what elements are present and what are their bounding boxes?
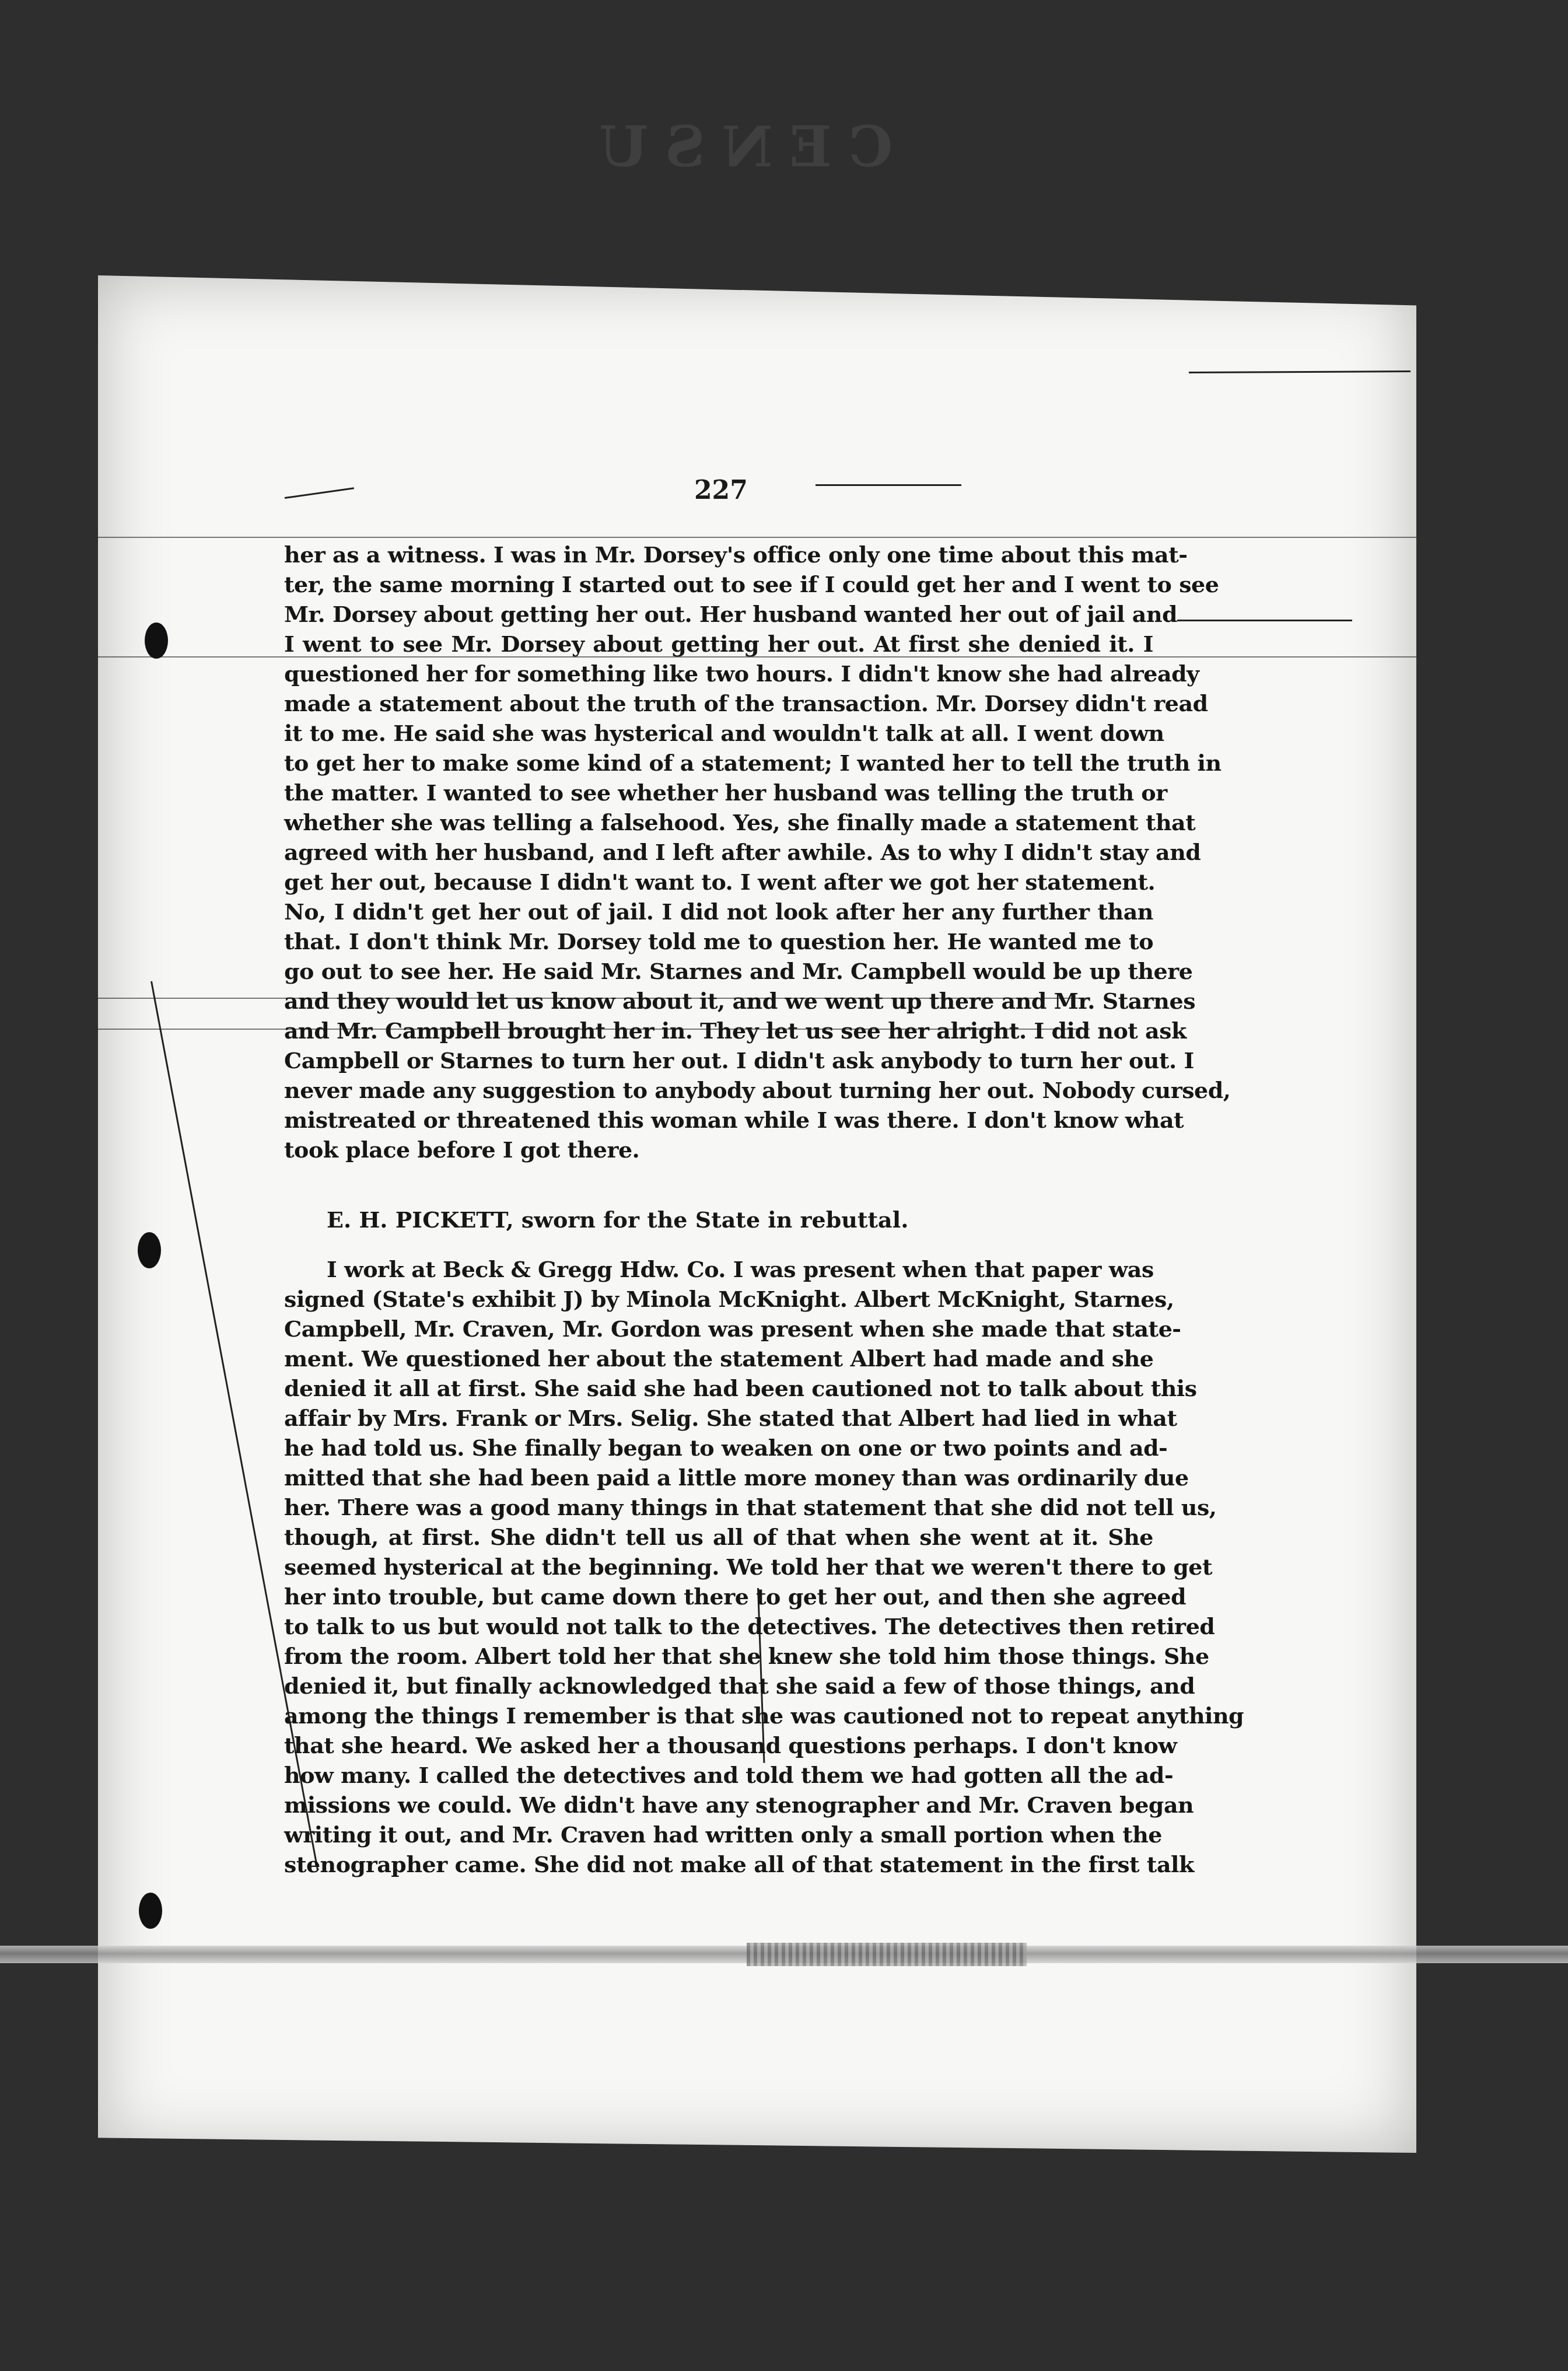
text-line: Campbell or Starnes to turn her out. I d… xyxy=(284,1045,1153,1075)
text-line: and Mr. Campbell brought her in. They le… xyxy=(284,1016,1153,1045)
page-number: 227 xyxy=(694,475,748,505)
text-line: he had told us. She finally began to wea… xyxy=(284,1433,1153,1463)
text-line: her. There was a good many things in tha… xyxy=(284,1492,1153,1522)
punch-hole xyxy=(139,1893,162,1929)
text-line: mistreated or threatened this woman whil… xyxy=(284,1105,1153,1135)
text-line: and they would let us know about it, and… xyxy=(284,986,1153,1016)
text-line: among the things I remember is that she … xyxy=(284,1701,1153,1730)
text-line: I went to see Mr. Dorsey about getting h… xyxy=(284,629,1153,659)
text-line: signed (State's exhibit J) by Minola McK… xyxy=(284,1284,1153,1314)
text-line: her into trouble, but came down there to… xyxy=(284,1582,1153,1611)
film-scratch xyxy=(98,537,1416,538)
text-line: how many. I called the detectives and to… xyxy=(284,1760,1153,1790)
text-line: took place before I got there. xyxy=(284,1135,1153,1164)
text-line: ter, the same morning I started out to s… xyxy=(284,569,1153,599)
text-line: I work at Beck & Gregg Hdw. Co. I was pr… xyxy=(284,1254,1153,1284)
text-line: ment. We questioned her about the statem… xyxy=(284,1344,1153,1373)
text-line: denied it all at first. She said she had… xyxy=(284,1373,1153,1403)
text-line: seemed hysterical at the beginning. We t… xyxy=(284,1552,1153,1582)
text-line: to talk to us but would not talk to the … xyxy=(284,1611,1153,1641)
text-line: questioned her for something like two ho… xyxy=(284,659,1153,688)
film-damage xyxy=(747,1943,1027,1966)
film-scratch xyxy=(815,484,961,486)
bleed-through-header: CENSU xyxy=(583,114,892,180)
text-line: denied it, but finally acknowledged that… xyxy=(284,1671,1153,1701)
film-scratch xyxy=(1177,620,1352,621)
microfilm-frame: CENSU 227 her as a witness. I was in Mr.… xyxy=(0,0,1568,2371)
text-line: affair by Mrs. Frank or Mrs. Selig. She … xyxy=(284,1403,1153,1433)
witness-heading: E. H. PICKETT, sworn for the State in re… xyxy=(327,1207,908,1233)
text-line: her as a witness. I was in Mr. Dorsey's … xyxy=(284,540,1153,569)
punch-hole xyxy=(145,623,168,659)
text-line: No, I didn't get her out of jail. I did … xyxy=(284,897,1153,926)
text-line: Mr. Dorsey about getting her out. Her hu… xyxy=(284,599,1153,629)
text-line: to get her to make some kind of a statem… xyxy=(284,748,1153,778)
text-line: never made any suggestion to anybody abo… xyxy=(284,1075,1153,1105)
text-line: that she heard. We asked her a thousand … xyxy=(284,1730,1153,1760)
film-scratch xyxy=(285,487,354,499)
film-scratch xyxy=(1189,370,1410,373)
text-line: missions we could. We didn't have any st… xyxy=(284,1790,1153,1820)
text-line: though, at first. She didn't tell us all… xyxy=(284,1522,1153,1552)
text-line: whether she was telling a falsehood. Yes… xyxy=(284,807,1153,837)
text-line: get her out, because I didn't want to. I… xyxy=(284,867,1153,897)
text-line: it to me. He said she was hysterical and… xyxy=(284,718,1153,748)
text-line: from the room. Albert told her that she … xyxy=(284,1641,1153,1671)
text-line: the matter. I wanted to see whether her … xyxy=(284,778,1153,807)
text-line: stenographer came. She did not make all … xyxy=(284,1849,1153,1879)
witness-testimony: I work at Beck & Gregg Hdw. Co. I was pr… xyxy=(284,1254,1153,1879)
text-line: that. I don't think Mr. Dorsey told me t… xyxy=(284,926,1153,956)
text-line: writing it out, and Mr. Craven had writt… xyxy=(284,1820,1153,1849)
text-line: go out to see her. He said Mr. Starnes a… xyxy=(284,956,1153,986)
punch-hole xyxy=(138,1232,161,1268)
text-line: Campbell, Mr. Craven, Mr. Gordon was pre… xyxy=(284,1314,1153,1344)
text-line: agreed with her husband, and I left afte… xyxy=(284,837,1153,867)
testimony-continued: her as a witness. I was in Mr. Dorsey's … xyxy=(284,540,1153,1164)
text-line: mitted that she had been paid a little m… xyxy=(284,1463,1153,1492)
text-line: made a statement about the truth of the … xyxy=(284,688,1153,718)
